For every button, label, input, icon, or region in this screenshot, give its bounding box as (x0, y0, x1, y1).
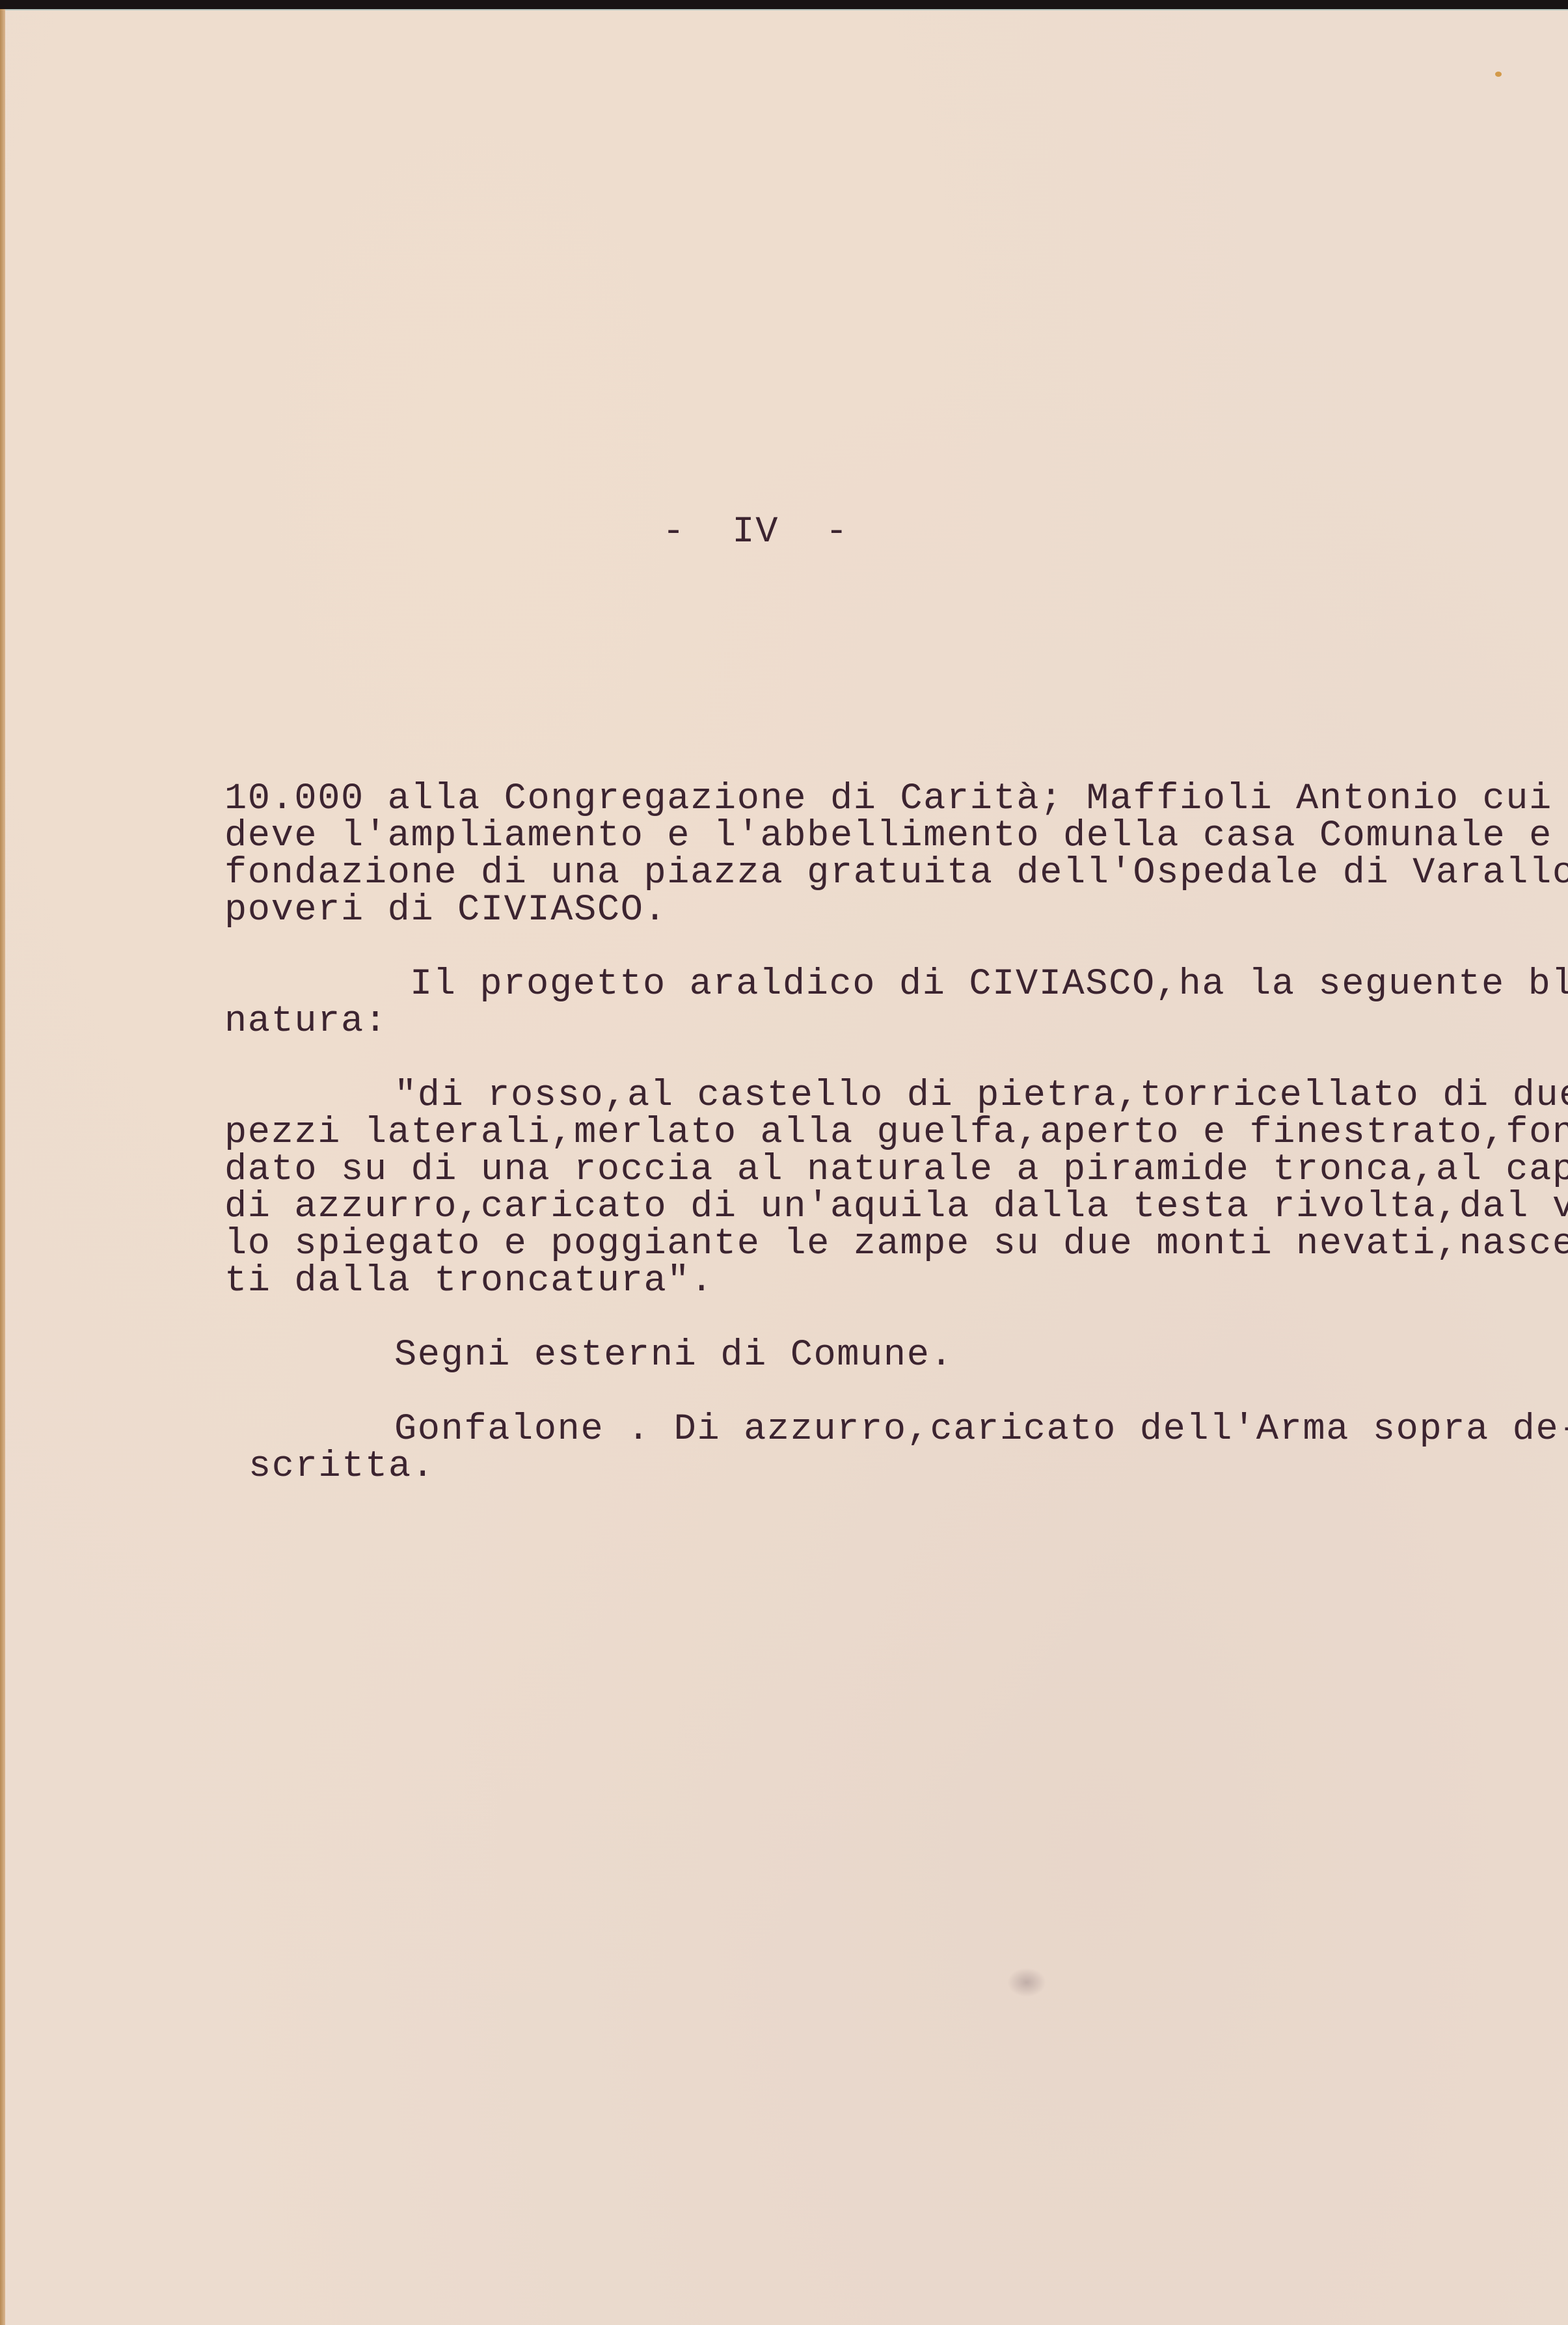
scan-top-border (0, 0, 1568, 9)
blazon-line-2: pezzi laterali,merlato alla guelfa,apert… (224, 1115, 1568, 1152)
gonfalone-line-2: scritta. (249, 1448, 435, 1486)
typewritten-page: - IV - 10.000 alla Congregazione di Cari… (5, 9, 1568, 2325)
paragraph-1-line-2: deve l'ampliamento e l'abbellimento dell… (224, 818, 1568, 855)
gonfalone-line-1: Gonfalone . Di azzurro,caricato dell'Arm… (394, 1411, 1568, 1448)
blazon-line-3: dato su di una roccia al naturale a pira… (224, 1152, 1568, 1189)
blazon-line-5-text: lo spiegato e poggiante le zampe su due … (224, 1223, 1568, 1265)
paragraph-2-line-1-text: Il progetto araldico di CIVIASCO,ha la s… (410, 964, 1568, 1005)
paragraph-1-line-4: poveri di CIVIASCO. (224, 892, 667, 929)
blazon-line-6: ti dalla troncatura". (224, 1263, 714, 1300)
blazon-line-5: lo spiegato e poggiante le zampe su due … (224, 1226, 1568, 1263)
paragraph-2-line-1: Il progetto araldico di CIVIASCO,ha la s… (410, 966, 1568, 1003)
paragraph-2-line-2: natura: (224, 1003, 388, 1040)
paper-smudge (1007, 1968, 1046, 1997)
paragraph-1-line-1: 10.000 alla Congregazione di Carità; Maf… (224, 781, 1568, 818)
page-number: - IV - (662, 511, 848, 553)
blazon-line-4: di azzurro,caricato di un'aquila dalla t… (224, 1189, 1568, 1226)
paragraph-1-line-3: fondazione di una piazza gratuita dell'O… (224, 855, 1568, 892)
blazon-line-1: "di rosso,al castello di pietra,torricel… (394, 1078, 1568, 1115)
external-signs-heading: Segni esterni di Comune. (394, 1337, 953, 1374)
blazon-line-4-text: di azzurro,caricato di un'aquila dalla t… (224, 1186, 1568, 1228)
paper-speck (1495, 72, 1502, 77)
scan-left-edge (0, 9, 5, 2325)
